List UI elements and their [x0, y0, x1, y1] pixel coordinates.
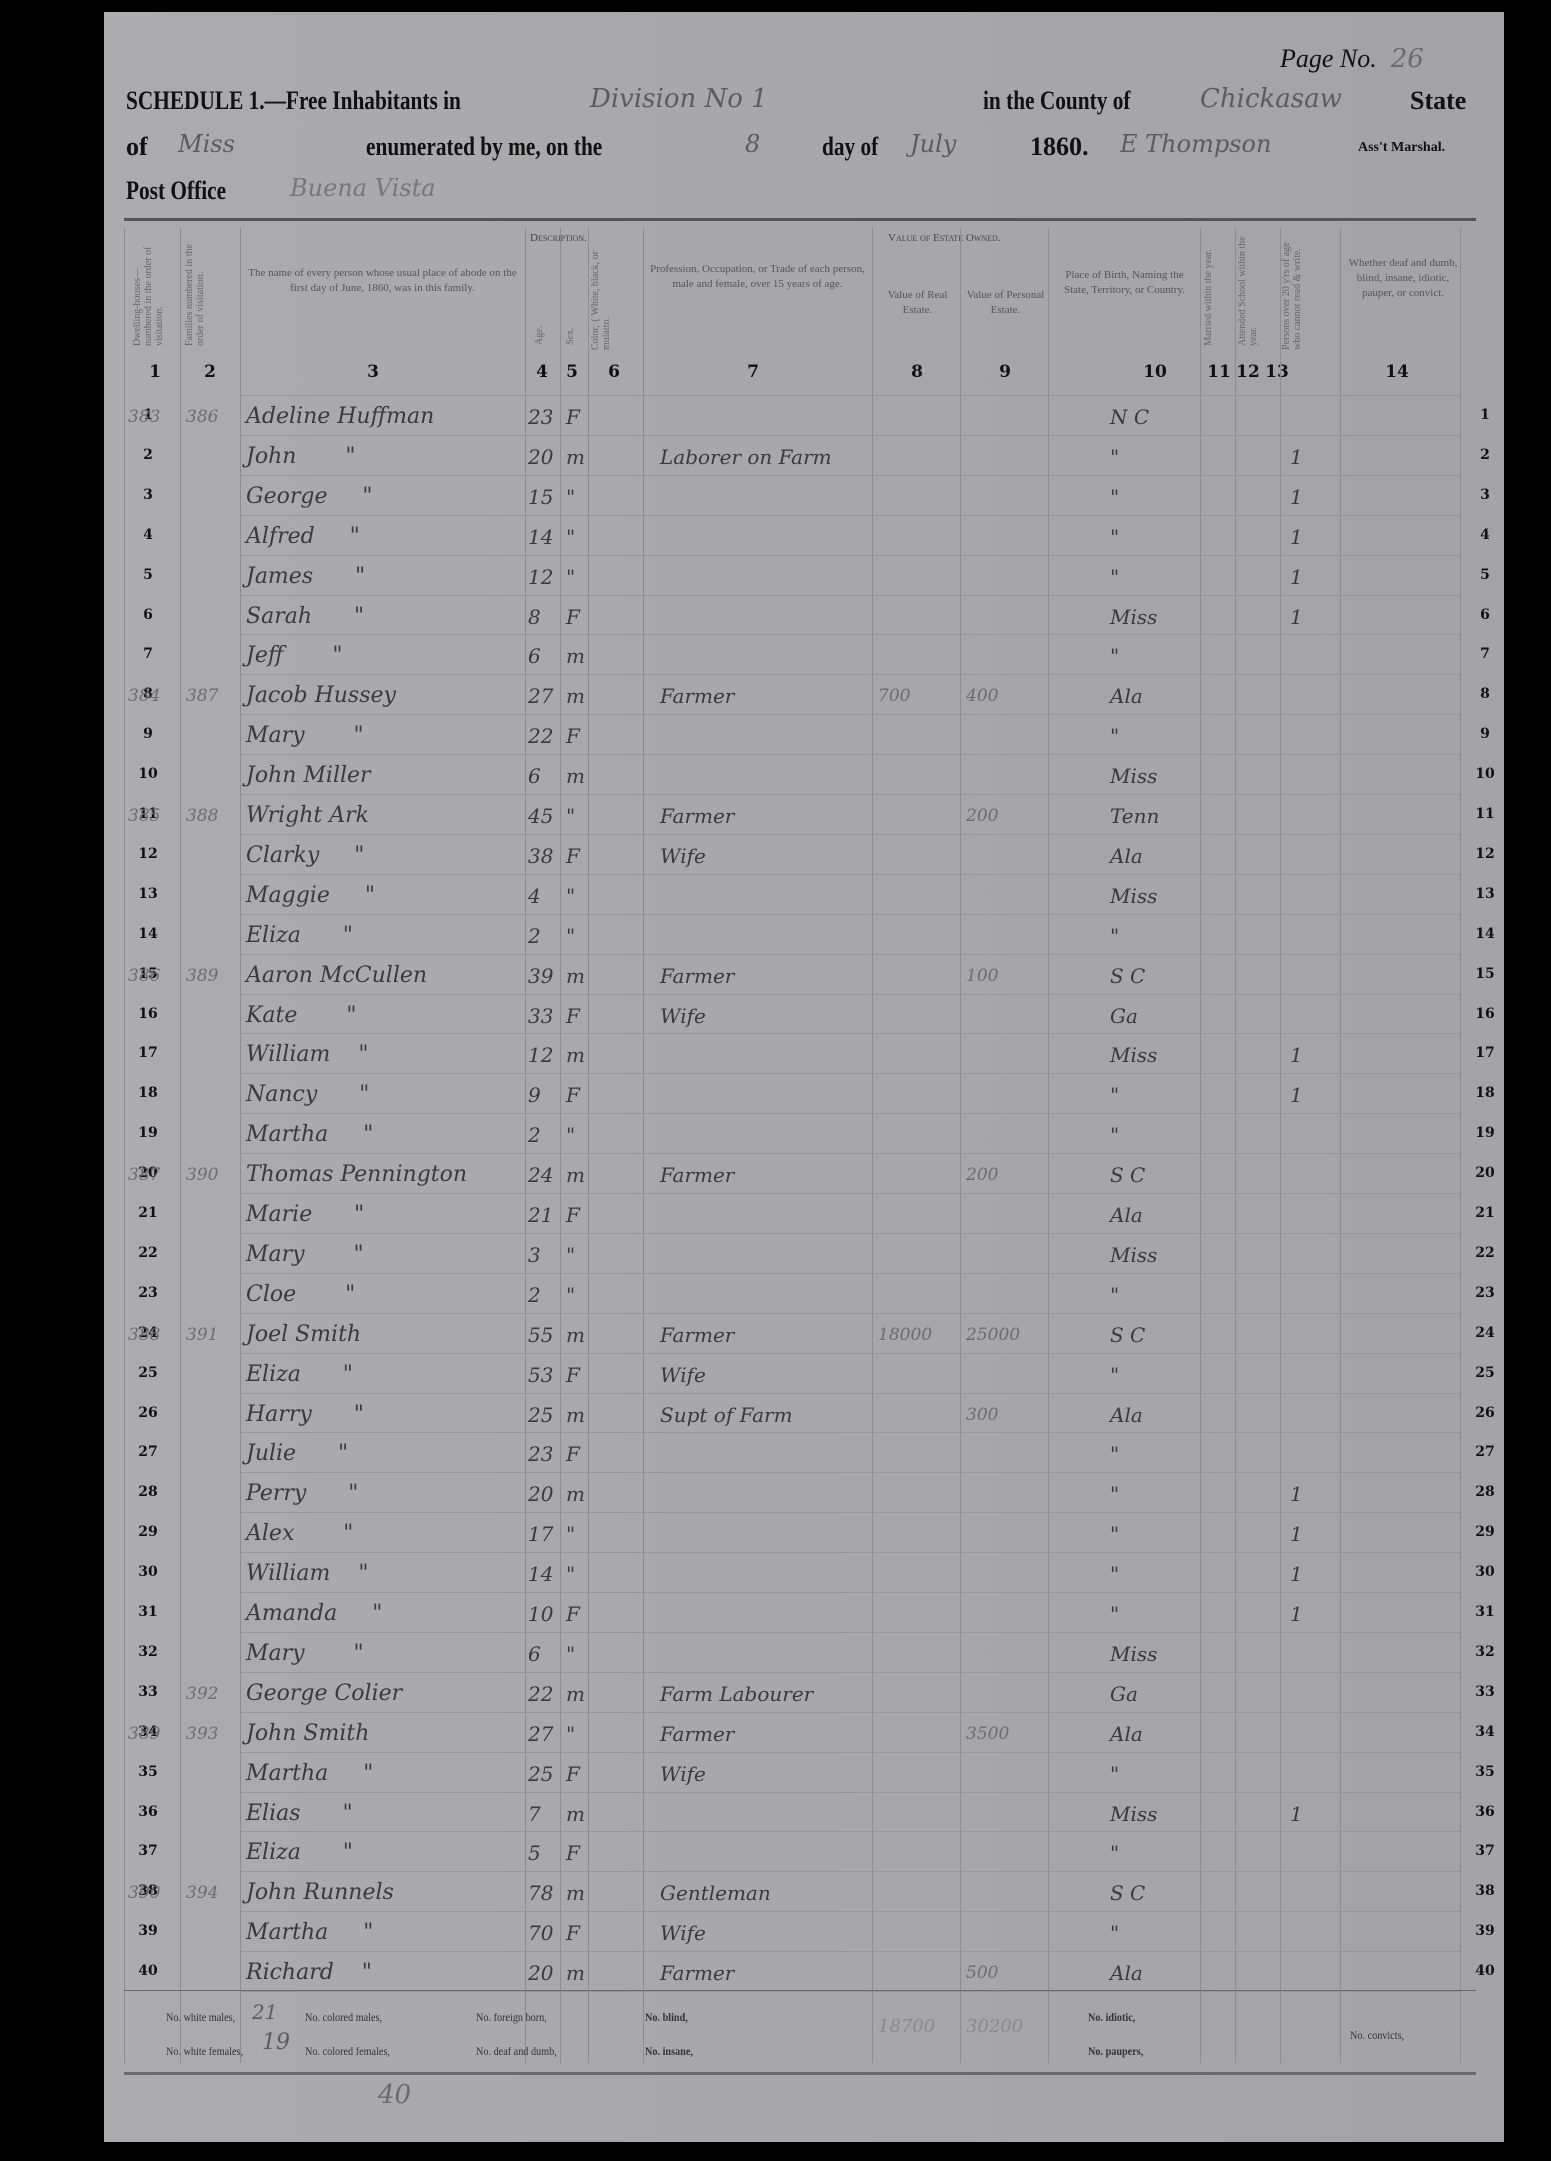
deaf-dumb-label: No. deaf and dumb,	[476, 2044, 557, 2059]
enumerated-label: enumerated by me, on the	[366, 132, 654, 162]
cell-birth: Miss	[1110, 876, 1157, 916]
row-number-right: 18	[1470, 1085, 1500, 1101]
cell-name: Eliza "	[246, 1355, 353, 1395]
cell-birth: "	[1110, 716, 1119, 756]
colored-males-label: No. colored males,	[305, 2010, 382, 2025]
post-office-label: Post Office	[126, 176, 248, 206]
marshal-name: E Thompson	[1120, 130, 1271, 158]
cell-occupation: Gentleman	[660, 1873, 771, 1913]
cell-birth: S C	[1110, 1155, 1145, 1195]
row-number-left: 5	[133, 567, 163, 583]
cell-birth: Miss	[1110, 1634, 1157, 1674]
cell-age: 15	[528, 477, 553, 517]
month-value: July	[910, 130, 956, 158]
cell-personal: 3500	[966, 1714, 1009, 1754]
cell-personal: 400	[966, 676, 998, 716]
col-number: 8	[902, 362, 932, 382]
row-number-right: 38	[1470, 1883, 1500, 1899]
cell-age: 14	[528, 517, 553, 557]
cell-sex: "	[566, 1235, 575, 1275]
cell-school: 1	[1290, 477, 1303, 517]
colored-females-label: No. colored females,	[305, 2044, 390, 2059]
cell-name: Thomas Pennington	[246, 1155, 467, 1195]
col12-header: Attended School within the year.	[1237, 236, 1267, 346]
estate-group-label: Value of Estate Owned.	[888, 232, 1001, 244]
grid-row-line	[240, 674, 1460, 675]
cell-age: 14	[528, 1554, 553, 1594]
cell-sex: m	[566, 676, 585, 716]
cell-occupation: Farmer	[660, 1953, 734, 1993]
grid-row-line	[240, 714, 1460, 715]
row-number-left: 40	[133, 1963, 163, 1979]
cell-occupation: Farmer	[660, 1714, 734, 1754]
cell-birth: "	[1110, 1514, 1119, 1554]
cell-personal: 100	[966, 956, 998, 996]
cell-name: Sarah "	[246, 597, 364, 637]
cell-birth: "	[1110, 477, 1119, 517]
cell-age: 38	[528, 836, 553, 876]
cell-age: 2	[528, 1275, 541, 1315]
row-number-right: 12	[1470, 846, 1500, 862]
cell-sex: m	[566, 1953, 585, 1993]
cell-birth: Ala	[1110, 1953, 1143, 1993]
grid-row-line	[240, 1712, 1460, 1713]
cell-age: 23	[528, 397, 553, 437]
grid-row-line	[240, 1472, 1460, 1473]
cell-age: 21	[528, 1195, 553, 1235]
cell-name: Amanda "	[246, 1594, 382, 1634]
row-number-right: 5	[1470, 567, 1500, 583]
cell-name: Mary "	[246, 1235, 364, 1275]
row-number-right: 26	[1470, 1405, 1500, 1421]
paupers-label: No. paupers,	[1088, 2044, 1143, 2059]
grid-column-line	[240, 228, 241, 2063]
col-number: 13	[1262, 362, 1292, 382]
grid-column-line	[180, 228, 181, 2063]
cell-dwelling: 388	[128, 1315, 160, 1355]
cell-name: George Colier	[246, 1674, 402, 1714]
row-number-right: 2	[1470, 447, 1500, 463]
cell-age: 20	[528, 1474, 553, 1514]
cell-birth: Ala	[1110, 836, 1143, 876]
col-number: 9	[990, 362, 1020, 382]
cell-sex: "	[566, 557, 575, 597]
marshal-label: Ass't Marshal.	[1358, 140, 1445, 156]
cell-sex: F	[566, 1754, 580, 1794]
row-number-right: 39	[1470, 1923, 1500, 1939]
grid-row-line	[240, 754, 1460, 755]
cell-name: Martha "	[246, 1115, 373, 1155]
row-number-right: 30	[1470, 1564, 1500, 1580]
row-number-left: 26	[133, 1405, 163, 1421]
cell-sex: F	[566, 1594, 580, 1634]
grid-column-line	[1460, 228, 1461, 2063]
description-group-label: Description.	[530, 232, 587, 244]
col-number: 2	[195, 362, 225, 382]
personal-estate-total: 30200	[966, 2016, 1023, 2037]
cell-sex: m	[566, 437, 585, 477]
grid-row-line	[240, 1432, 1460, 1433]
cell-age: 8	[528, 597, 541, 637]
cell-occupation: Farmer	[660, 796, 734, 836]
schedule-label: SCHEDULE 1.—Free Inhabitants in	[126, 86, 461, 116]
row-number-right: 9	[1470, 726, 1500, 742]
row-number-left: 32	[133, 1644, 163, 1660]
cell-sex: m	[566, 1035, 585, 1075]
grid-row-line	[240, 1153, 1460, 1154]
cell-name: Maggie "	[246, 876, 375, 916]
col-number: 7	[738, 362, 768, 382]
cell-birth: N C	[1110, 397, 1149, 437]
grid-column-line	[1280, 228, 1281, 2063]
cell-age: 33	[528, 996, 553, 1036]
cell-age: 20	[528, 1953, 553, 1993]
grid-row-line	[240, 1233, 1460, 1234]
row-number-right: 15	[1470, 966, 1500, 982]
cell-occupation: Farmer	[660, 676, 734, 716]
grid-row-line	[240, 555, 1460, 556]
idiotic-label: No. idiotic,	[1088, 2010, 1135, 2025]
white-males-label: No. white males,	[166, 2010, 235, 2025]
cell-name: Julie "	[246, 1434, 348, 1474]
col8-header: Value of Real Estate.	[875, 288, 960, 318]
footer-bottom-rule	[124, 2072, 1476, 2075]
cell-school: 1	[1290, 437, 1303, 477]
cell-birth: "	[1110, 1474, 1119, 1514]
grid-row-line	[240, 1991, 1460, 1992]
cell-age: 12	[528, 1035, 553, 1075]
cell-family: 393	[186, 1714, 218, 1754]
cell-name: Alex "	[246, 1514, 353, 1554]
col-number: 14	[1382, 362, 1412, 382]
cell-personal: 300	[966, 1395, 998, 1435]
col-number: 5	[557, 362, 587, 382]
row-number-left: 6	[133, 607, 163, 623]
cell-age: 55	[528, 1315, 553, 1355]
cell-name: Perry "	[246, 1474, 358, 1514]
page-no-value: 26	[1391, 44, 1424, 74]
row-number-left: 35	[133, 1764, 163, 1780]
cell-name: Mary "	[246, 716, 364, 756]
cell-birth: Ala	[1110, 676, 1143, 716]
col9-header: Value of Personal Estate.	[963, 288, 1048, 318]
cell-birth: "	[1110, 1754, 1119, 1794]
real-estate-total: 18700	[878, 2016, 935, 2037]
cell-sex: "	[566, 1514, 575, 1554]
cell-family: 389	[186, 956, 218, 996]
cell-sex: "	[566, 1714, 575, 1754]
state-label: State	[1410, 86, 1466, 116]
cell-age: 10	[528, 1594, 553, 1634]
cell-sex: F	[566, 836, 580, 876]
white-females-value: 19	[262, 2030, 290, 2055]
row-number-right: 8	[1470, 686, 1500, 702]
col-number: 3	[358, 362, 388, 382]
row-number-right: 10	[1470, 766, 1500, 782]
cell-sex: F	[566, 1833, 580, 1873]
cell-name: Cloe "	[246, 1275, 355, 1315]
grid-column-line	[588, 228, 589, 2063]
col-number: 1	[140, 362, 170, 382]
cell-birth: Tenn	[1110, 796, 1159, 836]
convicts-label: No. convicts,	[1350, 2028, 1404, 2043]
cell-name: Richard "	[246, 1953, 372, 1993]
cell-name: Mary "	[246, 1634, 364, 1674]
grid-column-line	[1340, 228, 1341, 2063]
cell-sex: m	[566, 1674, 585, 1714]
cell-birth: "	[1110, 557, 1119, 597]
cell-birth: "	[1110, 1554, 1119, 1594]
cell-school: 1	[1290, 1514, 1303, 1554]
cell-age: 70	[528, 1913, 553, 1953]
col6-header: Color, { White, black, or mulatto.	[590, 250, 626, 350]
grid-row-line	[240, 1073, 1460, 1074]
cell-occupation: Farmer	[660, 1315, 734, 1355]
cell-name: Aaron McCullen	[246, 956, 427, 996]
cell-age: 4	[528, 876, 541, 916]
grid-column-line	[525, 228, 526, 2063]
grid-row-line	[240, 1831, 1460, 1832]
cell-sex: "	[566, 796, 575, 836]
row-number-right: 33	[1470, 1684, 1500, 1700]
cell-family: 390	[186, 1155, 218, 1195]
cell-name: Elias "	[246, 1794, 353, 1834]
year-value: 1860.	[1030, 132, 1089, 162]
cell-birth: Miss	[1110, 756, 1157, 796]
cell-name: John Smith	[246, 1714, 369, 1754]
cell-personal: 500	[966, 1953, 998, 1993]
row-number-left: 7	[133, 646, 163, 662]
row-number-left: 10	[133, 766, 163, 782]
cell-name: James "	[246, 557, 365, 597]
blind-label: No. blind,	[645, 2010, 688, 2025]
row-number-right: 13	[1470, 886, 1500, 902]
cell-age: 25	[528, 1395, 553, 1435]
cell-birth: "	[1110, 517, 1119, 557]
row-number-right: 28	[1470, 1484, 1500, 1500]
grid-row-line	[240, 395, 1460, 396]
cell-birth: "	[1110, 1594, 1119, 1634]
cell-name: Marie "	[246, 1195, 364, 1235]
row-number-right: 11	[1470, 806, 1500, 822]
cell-sex: "	[566, 1275, 575, 1315]
cell-sex: "	[566, 876, 575, 916]
cell-age: 22	[528, 716, 553, 756]
grid-row-line	[240, 1592, 1460, 1593]
row-number-left: 37	[133, 1843, 163, 1859]
cell-real: 18000	[878, 1315, 932, 1355]
cell-dwelling: 390	[128, 1873, 160, 1913]
cell-age: 2	[528, 1115, 541, 1155]
cell-school: 1	[1290, 1554, 1303, 1594]
page-number: Page No.26	[1280, 44, 1424, 74]
cell-age: 7	[528, 1794, 541, 1834]
grid-row-line	[240, 1552, 1460, 1553]
cell-age: 78	[528, 1873, 553, 1913]
row-number-right: 31	[1470, 1604, 1500, 1620]
grid-row-line	[240, 1672, 1460, 1673]
cell-name: Alfred "	[246, 517, 360, 557]
cell-birth: "	[1110, 1355, 1119, 1395]
cell-age: 17	[528, 1514, 553, 1554]
row-number-left: 29	[133, 1524, 163, 1540]
cell-birth: Miss	[1110, 1035, 1157, 1075]
row-number-right: 3	[1470, 487, 1500, 503]
row-number-left: 36	[133, 1804, 163, 1820]
cell-birth: "	[1110, 1075, 1119, 1115]
cell-name: William "	[246, 1035, 368, 1075]
cell-birth: Ga	[1110, 996, 1138, 1036]
white-males-value: 21	[252, 2000, 277, 2024]
grid-row-line	[240, 1113, 1460, 1114]
grid-row-line	[240, 1273, 1460, 1274]
cell-name: Eliza "	[246, 916, 353, 956]
grid-column-line	[872, 228, 873, 2063]
cell-name: Martha "	[246, 1913, 373, 1953]
cell-name: Jacob Hussey	[246, 676, 396, 716]
row-number-right: 17	[1470, 1045, 1500, 1061]
row-number-right: 29	[1470, 1524, 1500, 1540]
footer-top-rule	[124, 1990, 1476, 1991]
grid-row-line	[240, 794, 1460, 795]
cell-birth: S C	[1110, 1873, 1145, 1913]
cell-sex: F	[566, 1355, 580, 1395]
row-number-right: 1	[1470, 407, 1500, 423]
cell-age: 27	[528, 1714, 553, 1754]
row-number-left: 22	[133, 1245, 163, 1261]
cell-sex: F	[566, 1195, 580, 1235]
row-number-right: 23	[1470, 1285, 1500, 1301]
grid-row-line	[240, 1033, 1460, 1034]
cell-school: 1	[1290, 1474, 1303, 1514]
cell-sex: "	[566, 517, 575, 557]
cell-age: 20	[528, 437, 553, 477]
cell-age: 12	[528, 557, 553, 597]
cell-name: George "	[246, 477, 373, 517]
grid-column-line	[643, 228, 644, 2063]
grid-row-line	[240, 515, 1460, 516]
cell-name: Wright Ark	[246, 796, 369, 836]
row-number-right: 20	[1470, 1165, 1500, 1181]
cell-birth: Ala	[1110, 1195, 1143, 1235]
cell-age: 45	[528, 796, 553, 836]
grid-row-line	[240, 834, 1460, 835]
county-label: in the County of	[983, 86, 1163, 116]
cell-age: 24	[528, 1155, 553, 1195]
cell-age: 6	[528, 1634, 541, 1674]
insane-label: No. insane,	[645, 2044, 693, 2059]
foreign-born-label: No. foreign born,	[476, 2010, 547, 2025]
cell-birth: "	[1110, 1275, 1119, 1315]
cell-school: 1	[1290, 1075, 1303, 1115]
cell-birth: "	[1110, 1115, 1119, 1155]
cell-name: Kate "	[246, 996, 356, 1036]
row-number-right: 14	[1470, 926, 1500, 942]
col11-header: Married within the year.	[1203, 236, 1233, 346]
col4-header: Age.	[534, 300, 548, 345]
cell-name: John "	[246, 437, 355, 477]
cell-name: William "	[246, 1554, 368, 1594]
cell-occupation: Wife	[660, 836, 706, 876]
cell-sex: F	[566, 597, 580, 637]
cell-occupation: Laborer on Farm	[660, 437, 832, 477]
cell-birth: "	[1110, 1434, 1119, 1474]
row-number-right: 7	[1470, 646, 1500, 662]
cell-dwelling: 385	[128, 796, 160, 836]
row-number-left: 21	[133, 1205, 163, 1221]
cell-sex: "	[566, 1115, 575, 1155]
grid-row-line	[240, 1393, 1460, 1394]
cell-birth: "	[1110, 1913, 1119, 1953]
cell-school: 1	[1290, 517, 1303, 557]
cell-sex: F	[566, 1075, 580, 1115]
cell-school: 1	[1290, 1594, 1303, 1634]
grid-row-line	[240, 1512, 1460, 1513]
cell-birth: "	[1110, 916, 1119, 956]
row-number-left: 18	[133, 1085, 163, 1101]
col13-header: Persons over 20 y'rs of age who cannot r…	[1281, 232, 1307, 350]
cell-school: 1	[1290, 557, 1303, 597]
cell-sex: m	[566, 1155, 585, 1195]
grid-column-line	[124, 228, 125, 2063]
cell-occupation: Wife	[660, 1913, 706, 1953]
cell-birth: Miss	[1110, 1235, 1157, 1275]
cell-sex: F	[566, 716, 580, 756]
cell-sex: F	[566, 996, 580, 1036]
row-number-right: 6	[1470, 607, 1500, 623]
col-number: 12	[1233, 362, 1263, 382]
cell-occupation: Wife	[660, 1754, 706, 1794]
cell-age: 25	[528, 1754, 553, 1794]
cell-personal: 25000	[966, 1315, 1020, 1355]
cell-personal: 200	[966, 1155, 998, 1195]
cell-age: 5	[528, 1833, 541, 1873]
cell-family: 387	[186, 676, 218, 716]
cell-sex: F	[566, 1913, 580, 1953]
grid-column-line	[1048, 228, 1049, 2063]
grid-column-line	[560, 228, 561, 2063]
grid-row-line	[240, 1871, 1460, 1872]
cell-birth: S C	[1110, 956, 1145, 996]
col14-header: Whether deaf and dumb, blind, insane, id…	[1348, 256, 1458, 301]
grid-row-line	[240, 1792, 1460, 1793]
grid-row-line	[240, 874, 1460, 875]
cell-birth: Miss	[1110, 1794, 1157, 1834]
cell-birth: S C	[1110, 1315, 1145, 1355]
cell-name: Clarky "	[246, 836, 364, 876]
row-number-right: 16	[1470, 1006, 1500, 1022]
cell-sex: m	[566, 1873, 585, 1913]
cell-age: 23	[528, 1434, 553, 1474]
cell-name: Jeff "	[246, 636, 343, 676]
row-number-left: 25	[133, 1365, 163, 1381]
header-line-1: SCHEDULE 1.—Free Inhabitants in	[126, 86, 534, 116]
row-number-left: 28	[133, 1484, 163, 1500]
cell-birth: Ga	[1110, 1674, 1138, 1714]
day-of-label: day of	[822, 132, 891, 162]
post-office-value: Buena Vista	[290, 174, 436, 202]
cell-family: 392	[186, 1674, 218, 1714]
cell-name: Nancy "	[246, 1075, 369, 1115]
division-value: Division No 1	[590, 84, 768, 114]
row-number-left: 13	[133, 886, 163, 902]
row-number-left: 9	[133, 726, 163, 742]
cell-occupation: Farmer	[660, 956, 734, 996]
cell-name: Eliza "	[246, 1833, 353, 1873]
grid-row-line	[240, 1353, 1460, 1354]
cell-occupation: Farmer	[660, 1155, 734, 1195]
grid-row-line	[240, 1313, 1460, 1314]
